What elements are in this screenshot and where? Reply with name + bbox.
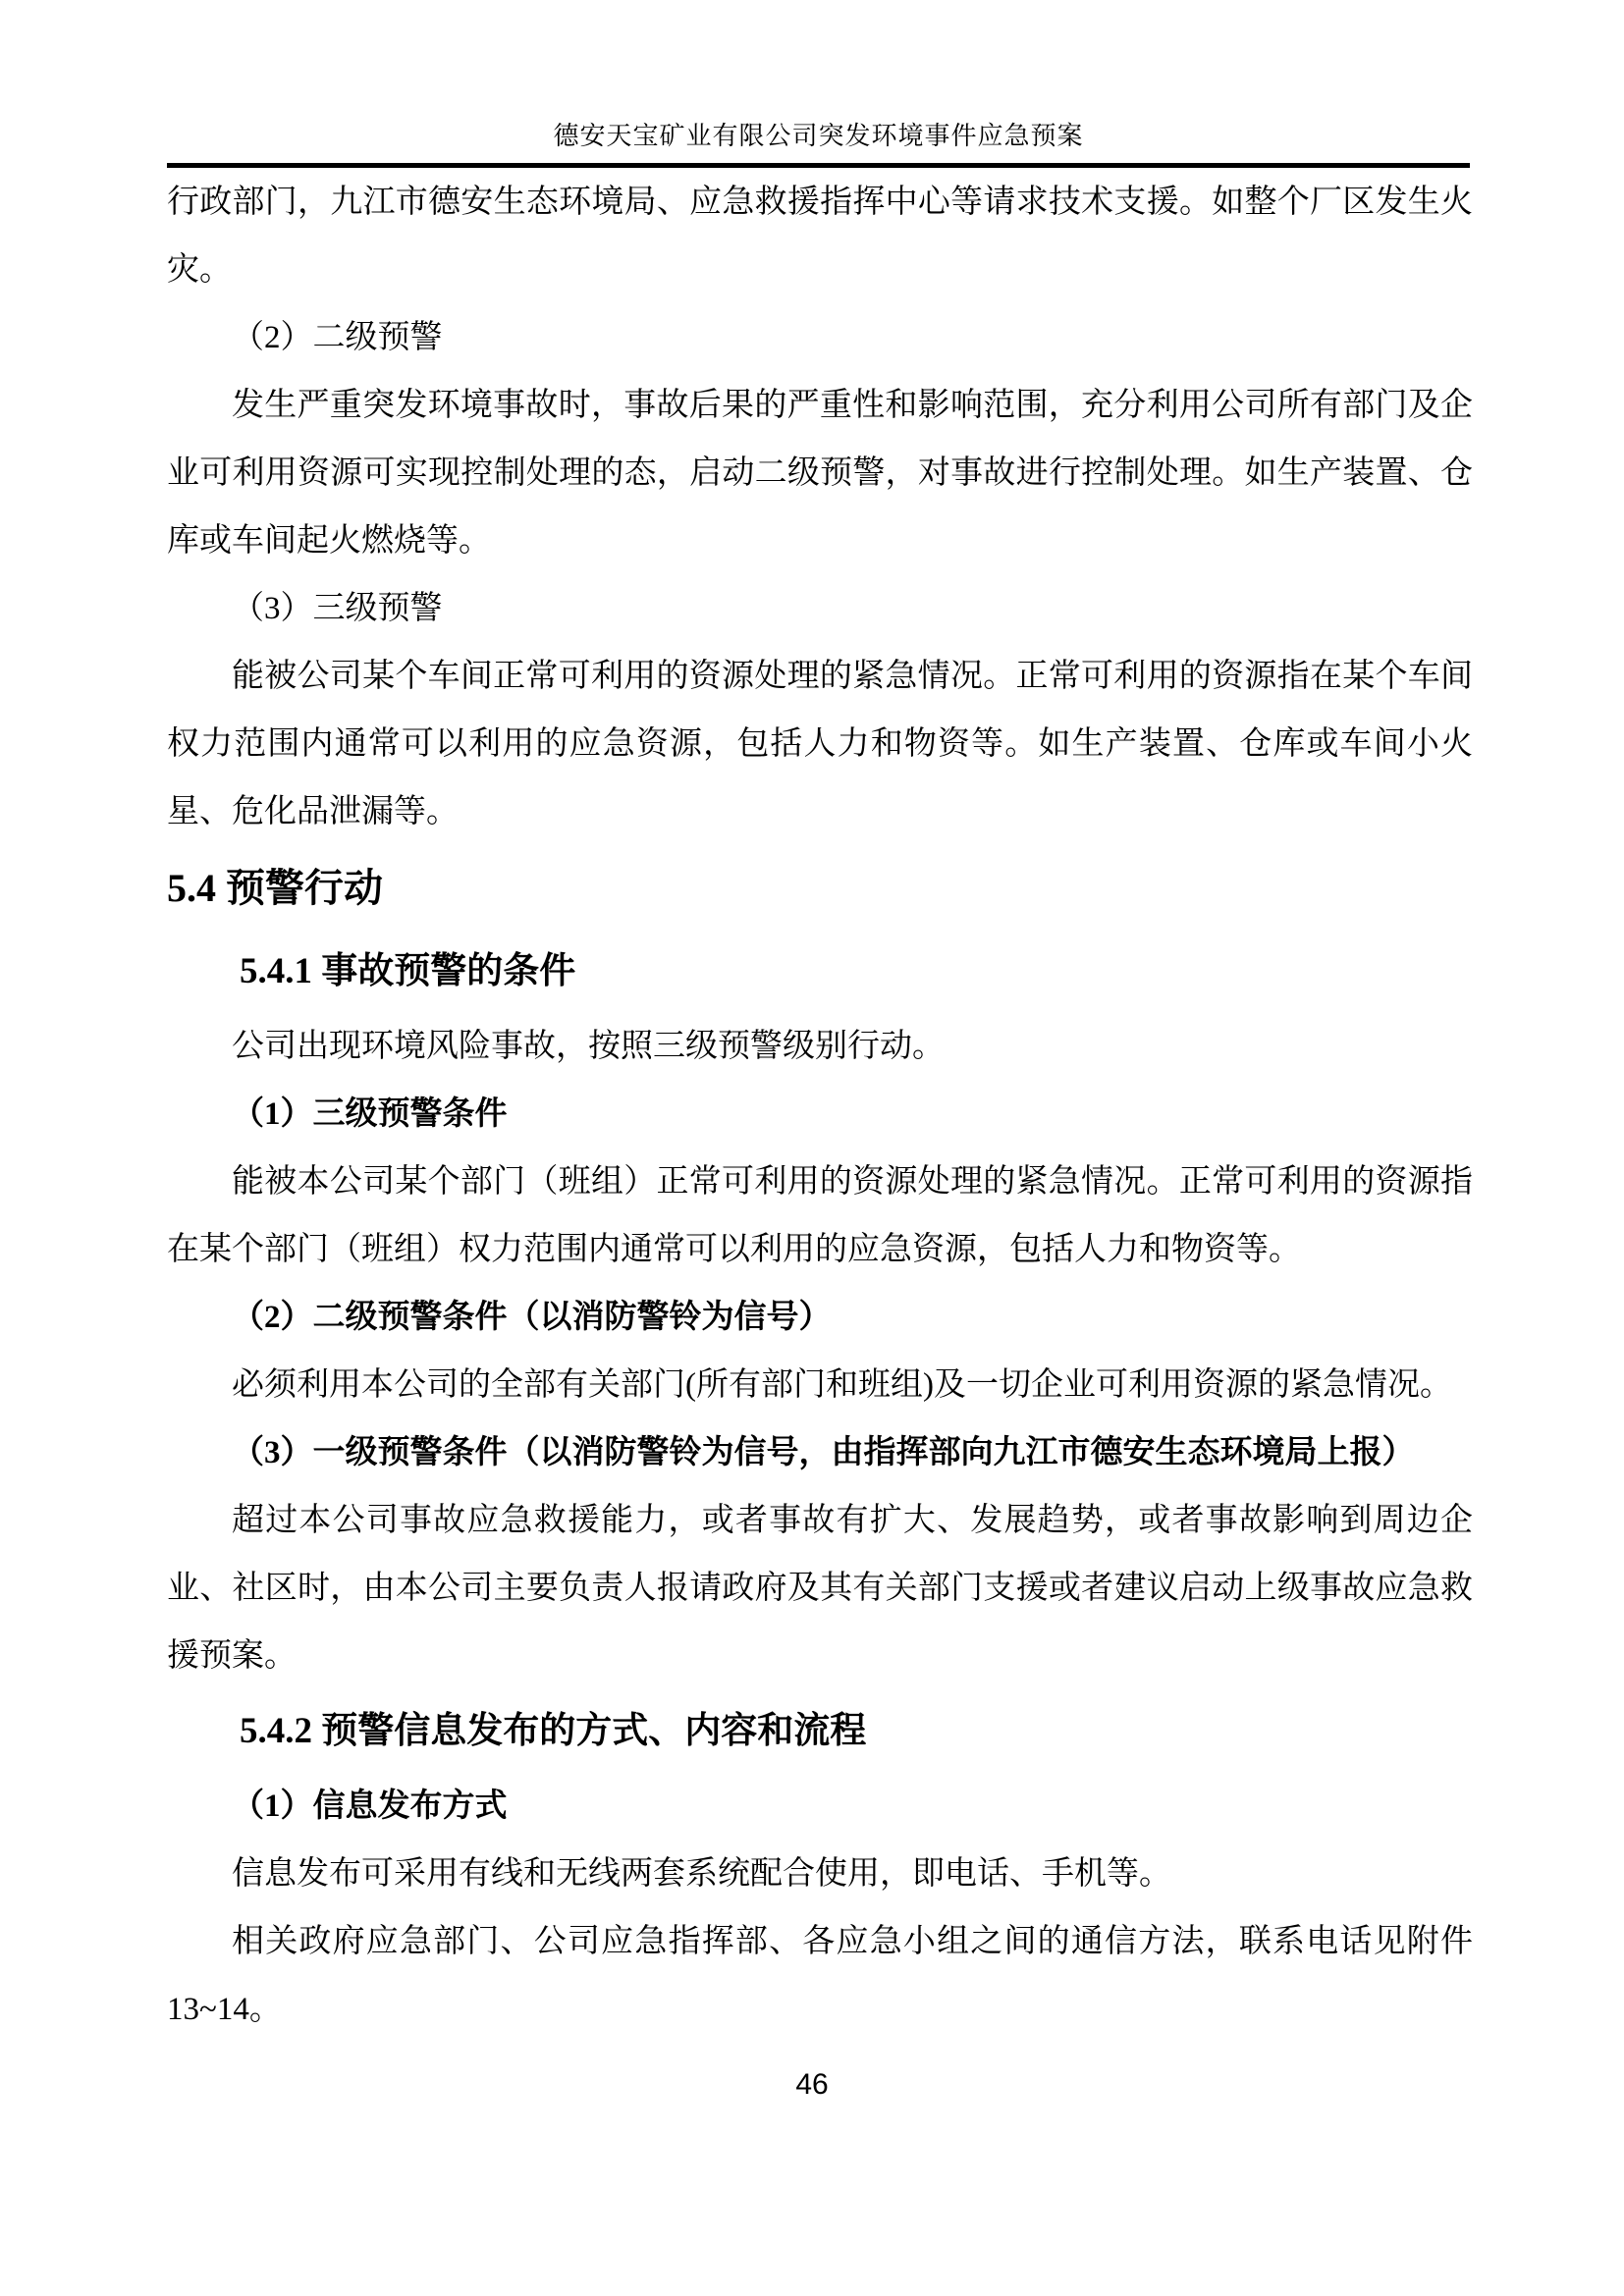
page-header: 德安天宝矿业有限公司突发环境事件应急预案 bbox=[167, 116, 1470, 168]
numbered-item-info-release: （1）信息发布方式 bbox=[167, 1773, 1473, 1841]
numbered-item-condition-3: （3）一级预警条件（以消防警铃为信号，由指挥部向九江市德安生态环境局上报） bbox=[167, 1419, 1473, 1487]
subsection-heading-5-4-1: 5.4.1 事故预警的条件 bbox=[167, 931, 1473, 1013]
paragraph: 能被本公司某个部门（班组）正常可利用的资源处理的紧急情况。正常可利用的资源指在某… bbox=[167, 1148, 1473, 1284]
paragraph: 能被公司某个车间正常可利用的资源处理的紧急情况。正常可利用的资源指在某个车间权力… bbox=[167, 643, 1473, 846]
numbered-item-level2-warning: （2）二级预警 bbox=[167, 304, 1473, 372]
document-page: 德安天宝矿业有限公司突发环境事件应急预案 行政部门，九江市德安生态环境局、应急救… bbox=[0, 0, 1624, 2296]
page-number: 46 bbox=[0, 2063, 1624, 2107]
subsection-heading-5-4-2: 5.4.2 预警信息发布的方式、内容和流程 bbox=[167, 1690, 1473, 1773]
paragraph: 发生严重突发环境事故时，事故后果的严重性和影响范围，充分利用公司所有部门及企业可… bbox=[167, 372, 1473, 575]
numbered-item-condition-1: （1）三级预警条件 bbox=[167, 1081, 1473, 1148]
paragraph-continuation: 行政部门，九江市德安生态环境局、应急救援指挥中心等请求技术支援。如整个厂区发生火… bbox=[167, 169, 1473, 304]
document-body: 行政部门，九江市德安生态环境局、应急救援指挥中心等请求技术支援。如整个厂区发生火… bbox=[167, 169, 1473, 2044]
numbered-item-condition-2: （2）二级预警条件（以消防警铃为信号） bbox=[167, 1284, 1473, 1352]
header-title: 德安天宝矿业有限公司突发环境事件应急预案 bbox=[553, 122, 1083, 150]
paragraph: 超过本公司事故应急救援能力，或者事故有扩大、发展趋势，或者事故影响到周边企业、社… bbox=[167, 1487, 1473, 1690]
numbered-item-level3-warning: （3）三级预警 bbox=[167, 575, 1473, 643]
paragraph: 相关政府应急部门、公司应急指挥部、各应急小组之间的通信方法，联系电话见附件13~… bbox=[167, 1908, 1473, 2044]
paragraph: 必须利用本公司的全部有关部门(所有部门和班组)及一切企业可利用资源的紧急情况。 bbox=[167, 1352, 1473, 1419]
paragraph: 信息发布可采用有线和无线两套系统配合使用，即电话、手机等。 bbox=[167, 1841, 1473, 1908]
paragraph: 公司出现环境风险事故，按照三级预警级别行动。 bbox=[167, 1013, 1473, 1081]
section-heading-5-4: 5.4 预警行动 bbox=[167, 846, 1473, 931]
